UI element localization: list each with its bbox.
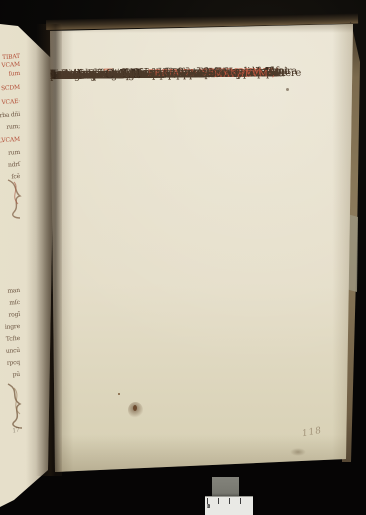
- photograph-of-manuscript: TIBATVCAMſumE SCDMVCAE·rba dñirum;M LVCA…: [0, 0, 366, 515]
- ruler-numbers: 0123: [207, 504, 251, 512]
- facing-page-text-fragment: E SCDM: [0, 84, 20, 93]
- manuscript-text-line: ciuitatibuſ in quibuſ factae ſunt plurim…: [44, 66, 243, 83]
- facing-page-text-fragment: rum;: [0, 123, 20, 132]
- facing-page-text-fragment: rba dñi: [0, 111, 20, 120]
- facing-page-text-fragment: ſum: [0, 70, 20, 79]
- facing-page-text-fragment: pū: [0, 371, 20, 380]
- scale-ruler-tab: [212, 477, 239, 498]
- facing-page-text-fragment: M LVCAM: [0, 136, 20, 145]
- facing-page-text-fragment: rpcq: [0, 359, 20, 368]
- facing-page-text-fragment: mſc: [0, 299, 20, 308]
- facing-page-text-fragment: rogī: [0, 311, 20, 320]
- facing-page-text-fragment: uncū: [0, 347, 20, 356]
- gutter-shadow: [36, 24, 62, 476]
- ink-stain: [133, 405, 137, 411]
- stain-speck: [118, 393, 120, 395]
- facing-page-text-fragment: ndrſ: [0, 161, 20, 170]
- facing-page-text-fragment: VCAE·: [0, 98, 20, 107]
- text-block: tantomagiſ pluſ praedicabant· & eo ampli…: [44, 65, 324, 68]
- scale-ruler: 0123: [205, 496, 253, 515]
- stain-smudge: [290, 448, 306, 456]
- penwork-flourish: [4, 178, 32, 220]
- facing-page-text-fragment: rum: [0, 149, 20, 158]
- facing-page-text-fragment: VCAM: [0, 61, 20, 70]
- stain-speck: [286, 88, 289, 91]
- penwork-flourish: [2, 382, 34, 430]
- facing-page-text-fragment: Tcſte: [0, 335, 20, 344]
- facing-page-text-fragment: man: [0, 287, 20, 296]
- facing-page-text-fragment: ingre: [0, 323, 20, 332]
